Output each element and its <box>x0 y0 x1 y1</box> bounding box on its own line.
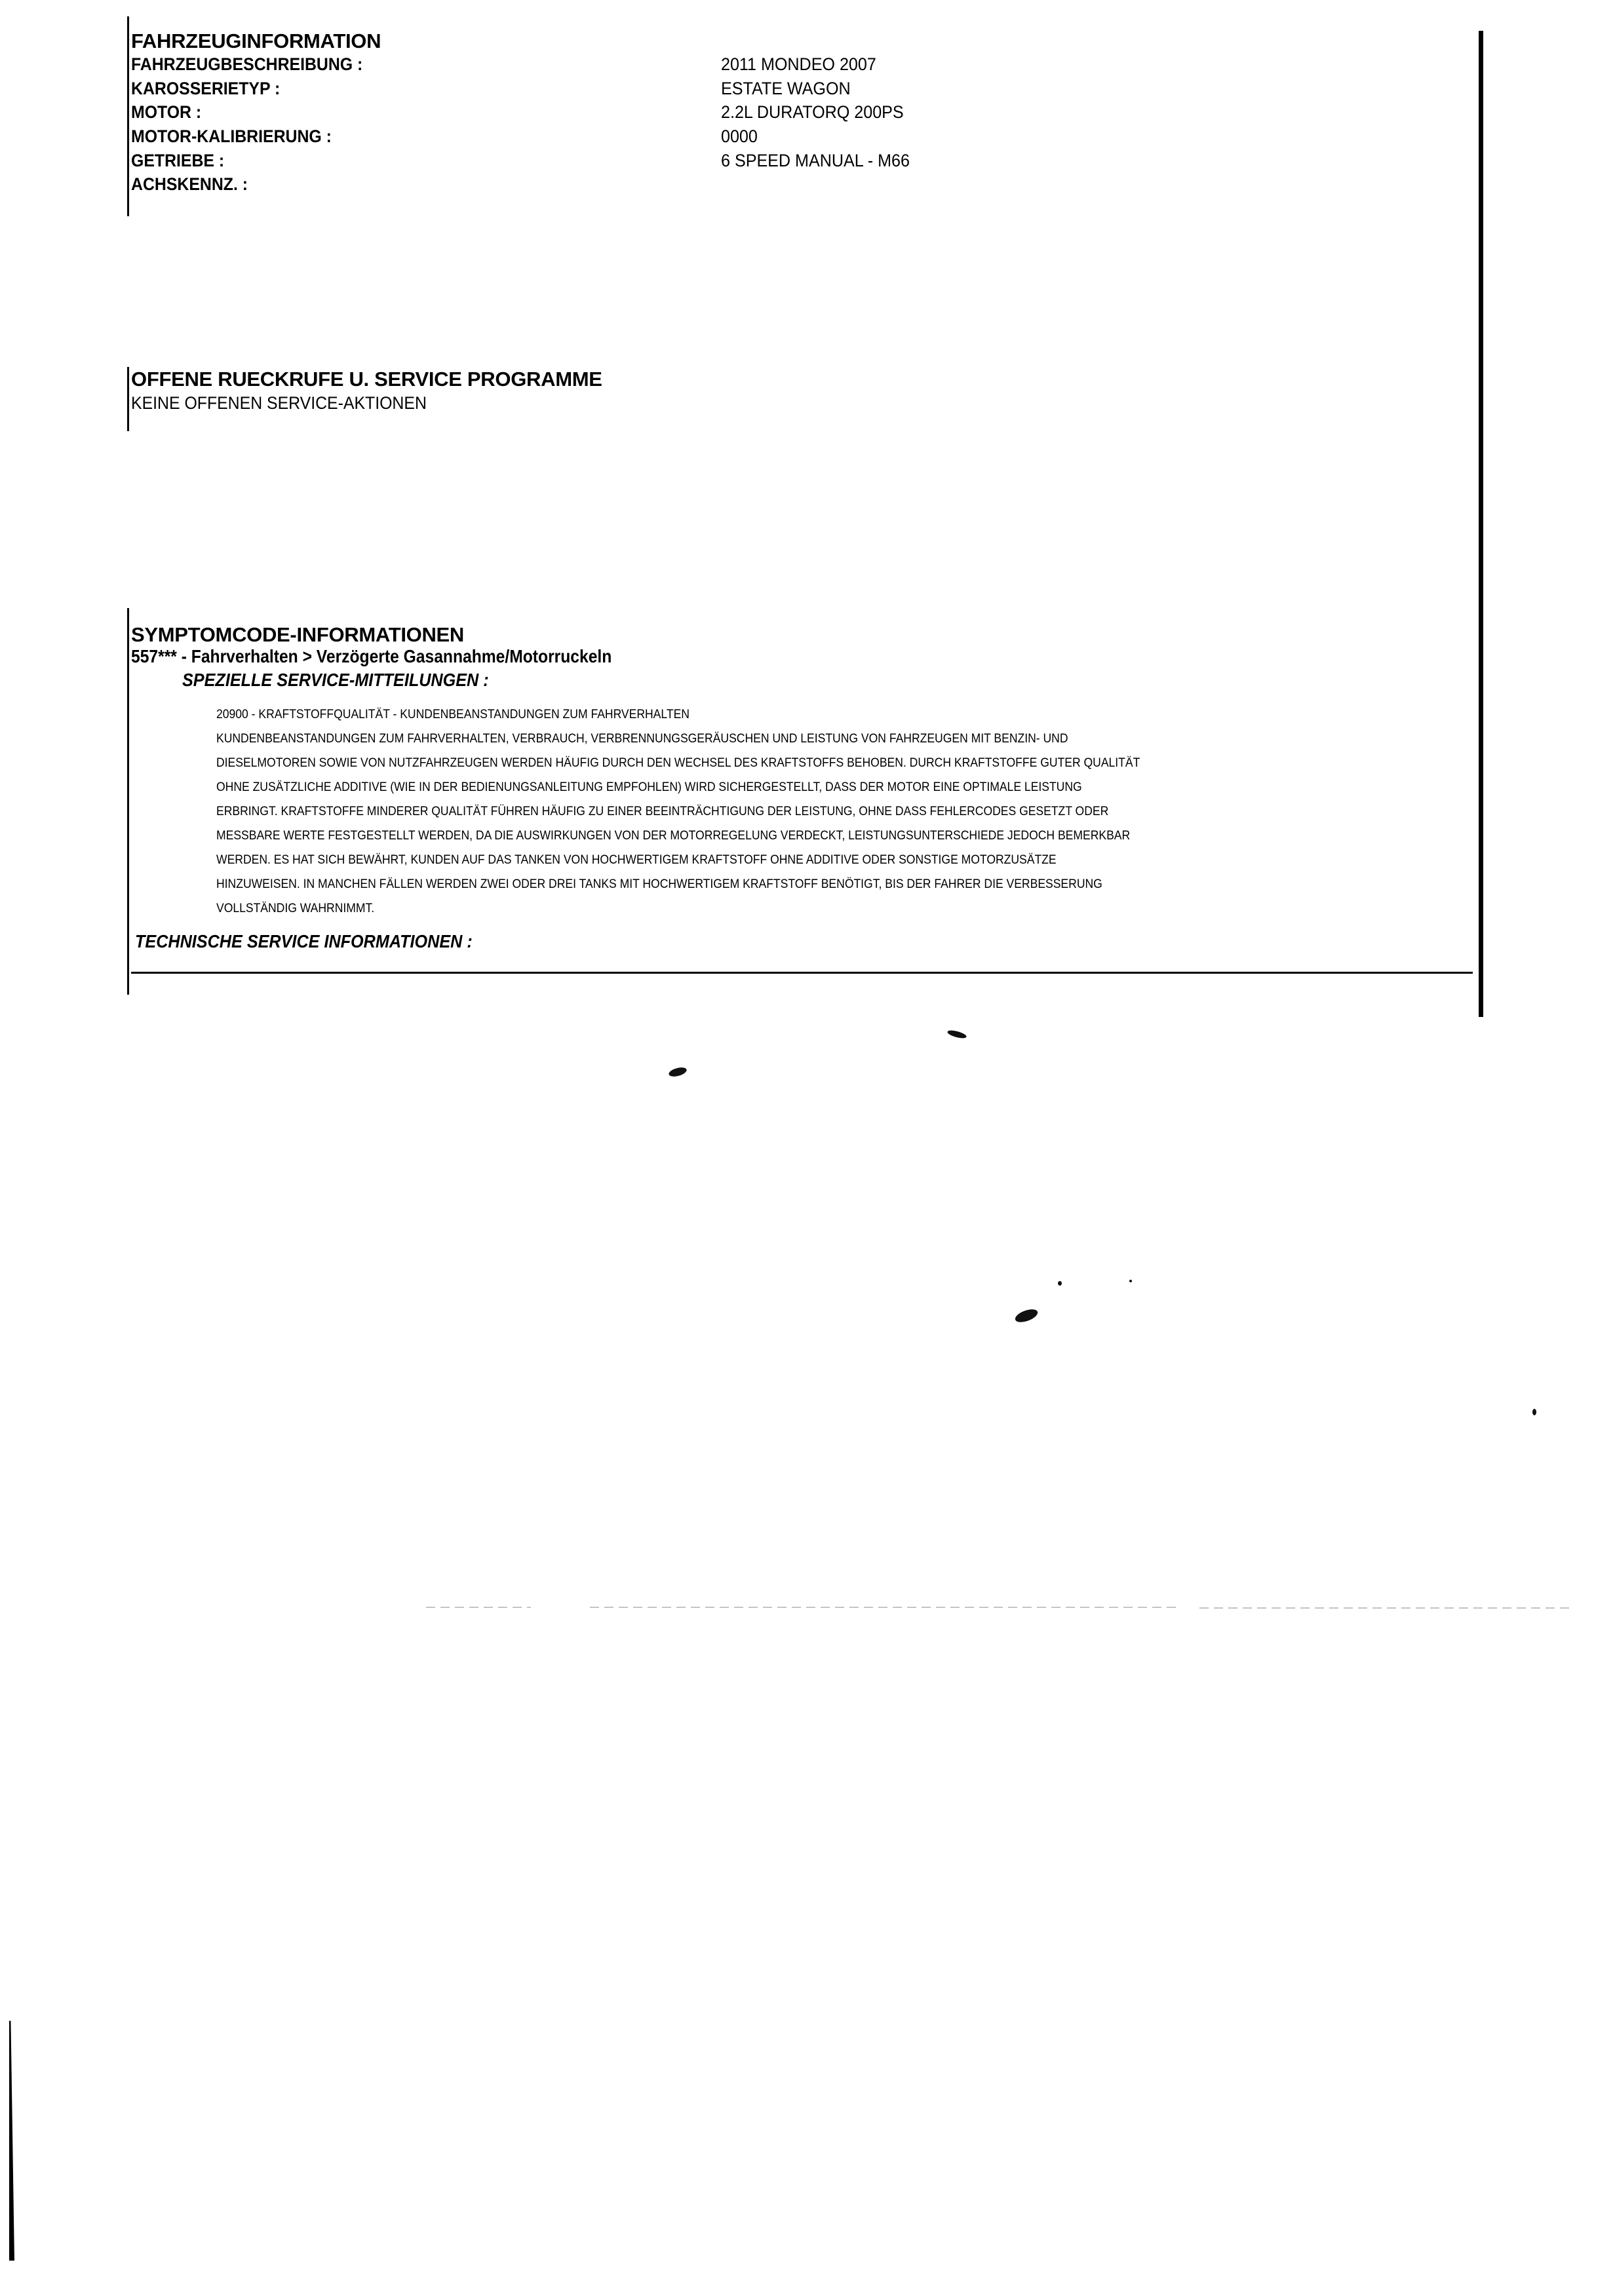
message-line: ERBRINGT. KRAFTSTOFFE MINDERER QUALITÄT … <box>216 799 1140 824</box>
message-line: 20900 - KRAFTSTOFFQUALITÄT - KUNDENBEANS… <box>216 702 1140 727</box>
scan-edge-left <box>9 2021 14 2261</box>
special-message-body: 20900 - KRAFTSTOFFQUALITÄT - KUNDENBEANS… <box>216 702 1243 921</box>
label-achskennz: ACHSKENNZ. : <box>131 172 362 197</box>
section-left-bar-vehicle <box>127 16 129 216</box>
label-motor: MOTOR : <box>131 100 362 124</box>
scan-artifact-line <box>426 1607 531 1608</box>
scan-artifact-line <box>1199 1607 1573 1609</box>
message-line: VOLLSTÄNDIG WAHRNIMMT. <box>216 896 1140 921</box>
label-getriebe: GETRIEBE : <box>131 149 362 173</box>
scan-speck <box>1013 1307 1039 1324</box>
value-motor-kalibrierung: 0000 <box>721 124 910 149</box>
symptom-code-line: 557*** - Fahrverhalten > Verzögerte Gasa… <box>131 646 612 667</box>
scan-speck <box>946 1029 967 1039</box>
message-line: KUNDENBEANSTANDUNGEN ZUM FAHRVERHALTEN, … <box>216 727 1140 751</box>
vehicle-info-values: 2011 MONDEO 2007 ESTATE WAGON 2.2L DURAT… <box>721 52 924 197</box>
scan-speck <box>1532 1409 1536 1415</box>
scan-speck <box>1129 1280 1132 1282</box>
vehicle-info-title: FAHRZEUGINFORMATION <box>131 29 381 53</box>
recalls-status: KEINE OFFENEN SERVICE-AKTIONEN <box>131 393 427 413</box>
page-right-bar <box>1479 31 1483 1017</box>
value-achskennz <box>721 172 910 197</box>
value-fahrzeugbeschreibung: 2011 MONDEO 2007 <box>721 52 910 77</box>
vehicle-info-labels: FAHRZEUGBESCHREIBUNG : KAROSSERIETYP : M… <box>131 52 383 197</box>
section-left-bar-recalls <box>127 367 129 431</box>
message-line: WERDEN. ES HAT SICH BEWÄHRT, KUNDEN AUF … <box>216 848 1140 872</box>
scan-speck <box>668 1066 688 1079</box>
recalls-title: OFFENE RUECKRUFE U. SERVICE PROGRAMME <box>131 368 602 391</box>
section-divider <box>131 972 1473 974</box>
message-line: MESSBARE WERTE FESTGESTELLT WERDEN, DA D… <box>216 824 1140 848</box>
section-left-bar-symptoms <box>127 608 129 995</box>
label-motor-kalibrierung: MOTOR-KALIBRIERUNG : <box>131 124 362 149</box>
scan-speck <box>1058 1281 1062 1286</box>
label-karosserietyp: KAROSSERIETYP : <box>131 77 362 101</box>
value-karosserietyp: ESTATE WAGON <box>721 77 910 101</box>
message-line: HINZUWEISEN. IN MANCHEN FÄLLEN WERDEN ZW… <box>216 872 1140 896</box>
technical-info-heading: TECHNISCHE SERVICE INFORMATIONEN : <box>135 931 473 952</box>
symptom-codes-title: SYMPTOMCODE-INFORMATIONEN <box>131 623 464 647</box>
value-motor: 2.2L DURATORQ 200PS <box>721 100 910 124</box>
message-line: OHNE ZUSÄTZLICHE ADDITIVE (WIE IN DER BE… <box>216 775 1140 799</box>
value-getriebe: 6 SPEED MANUAL - M66 <box>721 149 910 173</box>
label-fahrzeugbeschreibung: FAHRZEUGBESCHREIBUNG : <box>131 52 362 77</box>
scan-artifact-line <box>590 1607 1180 1608</box>
message-line: DIESELMOTOREN SOWIE VON NUTZFAHRZEUGEN W… <box>216 751 1140 775</box>
special-messages-heading: SPEZIELLE SERVICE-MITTEILUNGEN : <box>182 670 489 691</box>
